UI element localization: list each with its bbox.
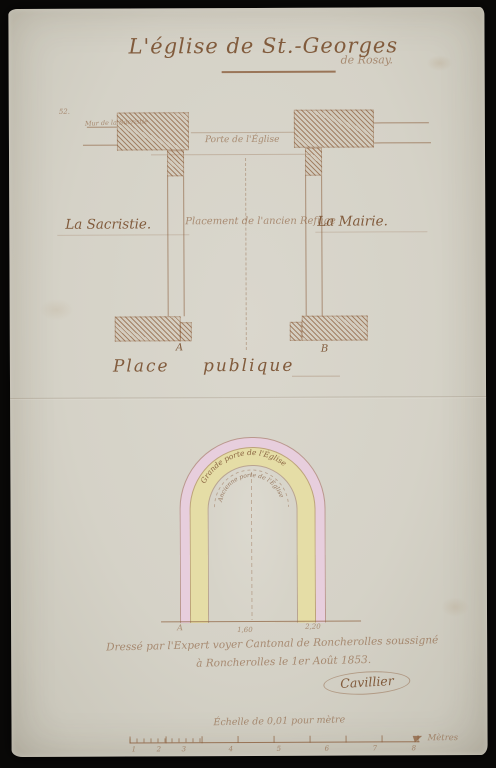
scalebar-label: 1 bbox=[132, 745, 137, 753]
wall-line-right-inner bbox=[374, 142, 431, 143]
foxing-stain bbox=[40, 299, 74, 321]
page-title-suffix: de Rosay. bbox=[341, 53, 393, 66]
horizontal-fold-crease bbox=[10, 396, 486, 400]
plan-wall-left bbox=[167, 176, 185, 316]
scalebar-label: 7 bbox=[373, 744, 378, 752]
plan-pier-left bbox=[117, 112, 189, 150]
scalebar-tick bbox=[130, 737, 131, 744]
scalebar-label: 2 bbox=[157, 745, 162, 753]
pencil-mark: 52. bbox=[59, 108, 70, 116]
plan-stub-left bbox=[167, 150, 184, 176]
scalebar-label: 6 bbox=[325, 745, 330, 753]
scalebar-tick bbox=[166, 736, 167, 743]
inscription-line1: Dressé par l'Expert voyer Cantonal de Ro… bbox=[106, 634, 438, 653]
arch-base-point-left: A bbox=[177, 623, 183, 632]
foxing-stain bbox=[427, 55, 453, 71]
ground-label: Place publique bbox=[113, 356, 295, 377]
scalebar-label: 5 bbox=[277, 745, 282, 753]
scalebar-label: 3 bbox=[182, 745, 187, 753]
wall-line-left-outer bbox=[87, 127, 117, 128]
plan-footing-right bbox=[302, 315, 368, 340]
inner-arch-label: Ancienne porte de l'Église bbox=[217, 472, 285, 504]
plan-pier-right bbox=[294, 109, 374, 147]
scalebar-tick bbox=[310, 736, 311, 743]
arch-base-dim-right: 2,20 bbox=[305, 623, 321, 631]
room-label-right: La Mairie. bbox=[317, 213, 388, 229]
room-label-left: La Sacristie. bbox=[65, 216, 151, 232]
plan-centerline bbox=[245, 158, 247, 350]
scalebar-caption: Échelle de 0,01 pour mètre bbox=[213, 714, 345, 728]
arch-annotation-layer: Grande porte de l'Église Ancienne porte … bbox=[168, 430, 355, 631]
svg-text:Ancienne porte de l'Église: Ancienne porte de l'Église bbox=[217, 472, 285, 504]
wall-line-left-inner bbox=[83, 145, 117, 146]
plan-footing-left bbox=[115, 316, 181, 341]
scalebar-label: 4 bbox=[229, 745, 234, 753]
plan-footing-left-step bbox=[180, 322, 192, 341]
arch-base-dim-center: 1,60 bbox=[237, 626, 253, 634]
wall-line-right-outer bbox=[374, 122, 429, 123]
photo-stage: L'église de St.-Georges de Rosay. 52. Mu… bbox=[0, 0, 496, 768]
scalebar-label: 8 bbox=[412, 744, 417, 752]
scalebar-tick bbox=[238, 736, 239, 743]
room-label-center: Placement de l'ancien Refuge bbox=[185, 216, 336, 228]
scalebar-tick bbox=[346, 736, 347, 743]
scalebar-end-flourish bbox=[413, 733, 424, 742]
drawing-sheet: L'église de St.-Georges de Rosay. 52. Mu… bbox=[8, 7, 487, 757]
scalebar-tick bbox=[274, 736, 275, 743]
signature: Cavillier bbox=[323, 669, 412, 697]
door-label: Porte de l'Église bbox=[205, 135, 280, 145]
plan-point-a: A bbox=[176, 342, 183, 353]
room-label-rule-right bbox=[315, 231, 427, 232]
arch-centerline bbox=[251, 472, 252, 620]
door-opening-line-top bbox=[191, 132, 294, 133]
title-underline bbox=[222, 71, 336, 73]
plan-point-b: B bbox=[321, 344, 328, 355]
foxing-stain bbox=[441, 597, 469, 617]
plan-wall-right bbox=[305, 176, 323, 316]
plan-stub-right bbox=[305, 148, 322, 176]
scalebar-tick bbox=[382, 735, 383, 742]
scalebar-tick bbox=[202, 736, 203, 743]
ground-label-flourish bbox=[292, 376, 340, 377]
scalebar-unit-label: Mètres bbox=[428, 733, 459, 743]
plan-footing-right-step bbox=[290, 322, 302, 341]
inscription-line2: à Roncherolles le 1er Août 1853. bbox=[196, 654, 371, 670]
